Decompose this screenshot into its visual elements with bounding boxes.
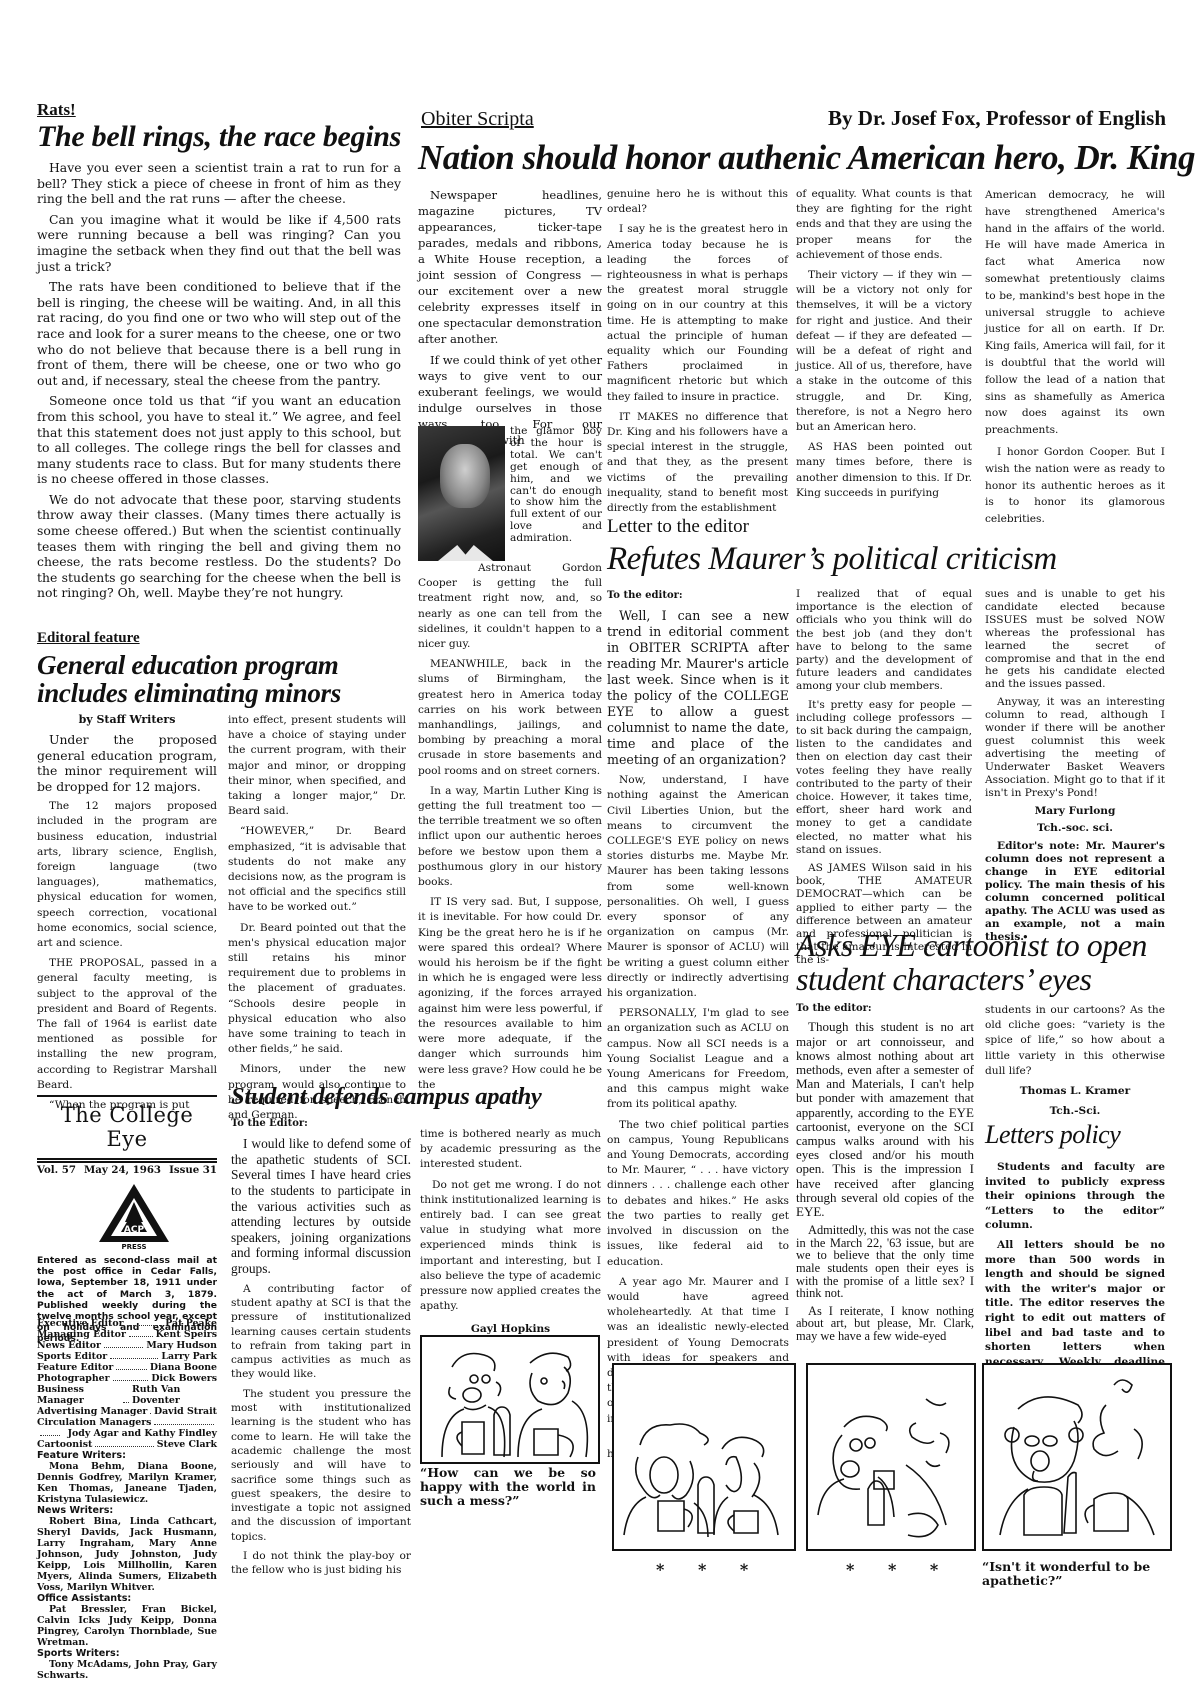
gen-ed-kicker: Editoral feature	[37, 630, 140, 647]
salutation: To the editor:	[607, 588, 789, 603]
volume: Vol. 57	[37, 1164, 76, 1176]
staff-row: Advertising ManagerDavid Strait	[37, 1406, 217, 1417]
paragraph: Can you imagine what it would be like if…	[37, 212, 401, 274]
staff-group-heading: Office Assistants:	[37, 1593, 217, 1604]
paragraph: The rats have been conditioned to believ…	[37, 279, 401, 388]
maurer-headline: Refutes Maurer’s political criticism	[607, 543, 1057, 577]
cartoonist-headline-line2: student characters’ eyes	[796, 962, 1147, 996]
letters-policy-body: Students and faculty are invited to publ…	[985, 1160, 1165, 1389]
byline: by Staff Writers	[37, 712, 217, 727]
salutation: To the Editor:	[231, 1117, 411, 1131]
paragraph: Anyway, it was an interesting column to …	[985, 696, 1165, 799]
masthead: The College Eye Vol. 57 May 24, 1963 Iss…	[37, 1095, 217, 1163]
king-col2: genuine hero he is without this ordeal? …	[607, 187, 788, 521]
paragraph: the glamor boy of the hour is total. We …	[510, 426, 602, 545]
paragraph: We do not advocate that these poor, star…	[37, 492, 401, 601]
signature-major: Tch.-Sci.	[985, 1104, 1165, 1119]
maurer-col3: sues and is unable to get his candidate …	[985, 588, 1165, 949]
gordon-cooper-photo	[418, 426, 505, 561]
paragraph: genuine hero he is without this ordeal?	[607, 187, 788, 217]
cartoonist-col2: students in our cartoons? As the old cli…	[985, 1003, 1165, 1124]
staff-row: News EditorMary Hudson	[37, 1340, 217, 1351]
staff-group-names: Mona Behm, Diana Boone, Dennis Godfrey, …	[37, 1461, 217, 1505]
staff-row: Jody Agar and Kathy Findley	[37, 1428, 217, 1439]
paragraph: I say he is the greatest hero in America…	[607, 222, 788, 404]
staff-group-heading: Sports Writers:	[37, 1648, 217, 1659]
masthead-issue-line: Vol. 57 May 24, 1963 Issue 31	[37, 1158, 217, 1176]
paragraph: In a way, Martin Luther King is getting …	[418, 784, 602, 890]
maurer-col1: To the editor: Well, I can see a new tre…	[607, 588, 789, 1467]
gen-ed-col1: by Staff Writers Under the proposed gene…	[37, 712, 217, 1118]
signature-name: Thomas L. Kramer	[985, 1084, 1165, 1099]
cartoon-panel-3	[806, 1363, 976, 1551]
paragraph: American democracy, he will have strengt…	[985, 187, 1165, 439]
paragraph: sues and is unable to get his candidate …	[985, 588, 1165, 691]
apathy-col2: time is bothered nearly as much by acade…	[420, 1127, 601, 1363]
cartoon-panel-1	[420, 1335, 600, 1464]
staff-row: Executive EditorPat Peake	[37, 1318, 217, 1329]
portrait-face	[440, 444, 490, 508]
staff-row: Feature EditorDiana Boone	[37, 1362, 217, 1373]
king-col1-bottom: Astronaut Gordon Cooper is getting the f…	[418, 561, 602, 1098]
rats-kicker: Rats!	[37, 100, 76, 120]
staff-row: Managing EditorKent Speirs	[37, 1329, 217, 1340]
paragraph: The student you pressure the most with i…	[231, 1387, 411, 1544]
king-col4: American democracy, he will have strengt…	[985, 187, 1165, 533]
staff-row: Circulation Managers	[37, 1417, 217, 1428]
paragraph: into effect, present students will have …	[228, 713, 406, 819]
paragraph: I do not think the play-boy or the fello…	[231, 1549, 411, 1578]
king-col1-wrap: the glamor boy of the hour is total. We …	[510, 426, 602, 550]
masthead-title: The College Eye	[37, 1097, 217, 1151]
cartoon-drinking-icon	[808, 1365, 974, 1549]
paragraph: I honor Gordon Cooper. But I wish the na…	[985, 444, 1165, 528]
staff-group-names: Tony McAdams, John Pray, Gary Schwarts.	[37, 1659, 217, 1681]
paragraph: IT IS very sad. But, I suppose, it is in…	[418, 895, 602, 1093]
svg-text:ACP: ACP	[124, 1225, 145, 1235]
staff-group-heading: News Writers:	[37, 1505, 217, 1516]
staff-group-names: Pat Bressler, Fran Bickel, Calvin Icks J…	[37, 1604, 217, 1648]
cartoonist-headline: Asks EYE cartoonist to open student char…	[796, 928, 1147, 996]
cartoon-apathetic-icon	[984, 1365, 1170, 1549]
apathy-col1: To the Editor: I would like to defend so…	[231, 1117, 411, 1583]
king-col1-top: Newspaper headlines, magazine pictures, …	[418, 187, 602, 453]
king-col3: of equality. What counts is that they ar…	[796, 187, 972, 506]
cartoonist-col1: To the editor: Though this student is no…	[796, 1003, 974, 1348]
acp-logo-icon: ACP PRESS	[97, 1182, 171, 1250]
paragraph: The two chief political parties on campu…	[607, 1118, 789, 1270]
paragraph: Though this student is no art major or a…	[796, 1020, 974, 1219]
cartoon-panel-4	[982, 1363, 1172, 1551]
staff-row: PhotographerDick Bowers	[37, 1373, 217, 1384]
staff-row: Sports EditorLarry Park	[37, 1351, 217, 1362]
paragraph: AS HAS been pointed out many times befor…	[796, 440, 972, 501]
apathy-headline: Student defends campus apathy	[231, 1084, 542, 1109]
paragraph: It's pretty easy for people — including …	[796, 699, 972, 857]
cartoon-caption-1: “How can we be so happy with the world i…	[420, 1466, 596, 1508]
paragraph: students in our cartoons? As the old cli…	[985, 1003, 1165, 1079]
paragraph: Astronaut Gordon Cooper is getting the f…	[418, 561, 602, 652]
cartoon-drinkers-icon	[422, 1337, 598, 1462]
paragraph: Someone once told us that “if you want a…	[37, 393, 401, 487]
paragraph: Admittedly, this was not the case in the…	[796, 1224, 974, 1300]
staff-row: Business ManagerRuth Van Doventer	[37, 1384, 217, 1406]
king-byline: By Dr. Josef Fox, Professor of English	[828, 106, 1166, 131]
cartoon-caption-4: “Isn't it wonderful to be apathetic?”	[982, 1560, 1168, 1588]
paragraph: time is bothered nearly as much by acade…	[420, 1127, 601, 1173]
issue-date: May 24, 1963	[84, 1164, 161, 1176]
paragraph: Do not get me wrong. I do not think inst…	[420, 1178, 601, 1315]
rats-body: Have you ever seen a scientist train a r…	[37, 160, 401, 606]
paragraph: Well, I can see a new trend in editorial…	[607, 608, 789, 768]
paragraph: Dr. Beard pointed out that the men's phy…	[228, 921, 406, 1058]
cartoon-covering-faces-icon	[614, 1365, 794, 1549]
paragraph: I realized that of equal importance is t…	[796, 588, 972, 694]
issue-number: Issue 31	[169, 1164, 217, 1176]
portrait-collar	[438, 545, 493, 561]
gen-ed-headline: General education program includes elimi…	[37, 652, 341, 707]
signature-name: Mary Furlong	[985, 805, 1165, 818]
paragraph: Their victory — if they win — will be a …	[796, 268, 972, 435]
paragraph: Under the proposed general education pro…	[37, 732, 217, 794]
maurer-kicker: Letter to the editor	[607, 516, 749, 538]
staff-group-heading: Feature Writers:	[37, 1450, 217, 1461]
staff-row: CartoonistSteve Clark	[37, 1439, 217, 1450]
cartoonist-headline-line1: Asks EYE cartoonist to open	[796, 928, 1147, 962]
paragraph: Now, understand, I have nothing against …	[607, 773, 789, 1001]
paragraph: PERSONALLY, I'm glad to see an organizat…	[607, 1006, 789, 1112]
gen-ed-headline-line2: includes eliminating minors	[37, 680, 341, 708]
paragraph: As I reiterate, I know nothing about art…	[796, 1305, 974, 1343]
paragraph: IT MAKES no difference that Dr. King and…	[607, 410, 788, 516]
staff-list: Executive EditorPat Peake Managing Edito…	[37, 1318, 217, 1681]
paragraph: Have you ever seen a scientist train a r…	[37, 160, 401, 207]
cartoon-caption-2: * * *	[656, 1560, 762, 1579]
paragraph: “HOWEVER,” Dr. Beard emphasized, “it is …	[228, 824, 406, 915]
paragraph: A contributing factor of student apathy …	[231, 1282, 411, 1382]
paragraph: I would like to defend some of the apath…	[231, 1136, 411, 1276]
paragraph: The 12 majors proposed included in the p…	[37, 799, 217, 951]
staff-group-names: Robert Bina, Linda Cathcart, Sheryl Davi…	[37, 1516, 217, 1593]
svg-text:PRESS: PRESS	[121, 1243, 146, 1250]
cartoon-panel-2	[612, 1363, 796, 1551]
letters-policy-headline: Letters policy	[985, 1122, 1120, 1149]
paragraph: MEANWHILE, back in the slums of Birmingh…	[418, 657, 602, 779]
cartoon-caption-3: * * *	[846, 1560, 952, 1579]
paragraph: THE PROPOSAL, passed in a general facult…	[37, 956, 217, 1093]
gen-ed-col2: into effect, present students will have …	[228, 713, 406, 1128]
rats-headline: The bell rings, the race begins	[37, 122, 401, 153]
king-headline: Nation should honor authenic American he…	[418, 140, 1195, 176]
paragraph: Newspaper headlines, magazine pictures, …	[418, 187, 602, 347]
maurer-col2: I realized that of equal importance is t…	[796, 588, 972, 973]
paragraph: of equality. What counts is that they ar…	[796, 187, 972, 263]
gen-ed-headline-line1: General education program	[37, 652, 341, 680]
signature-major: Tch.-soc. sci.	[985, 822, 1165, 835]
salutation: To the editor:	[796, 1003, 974, 1015]
king-kicker: Obiter Scripta	[421, 108, 534, 131]
paragraph: Students and faculty are invited to publ…	[985, 1160, 1165, 1233]
